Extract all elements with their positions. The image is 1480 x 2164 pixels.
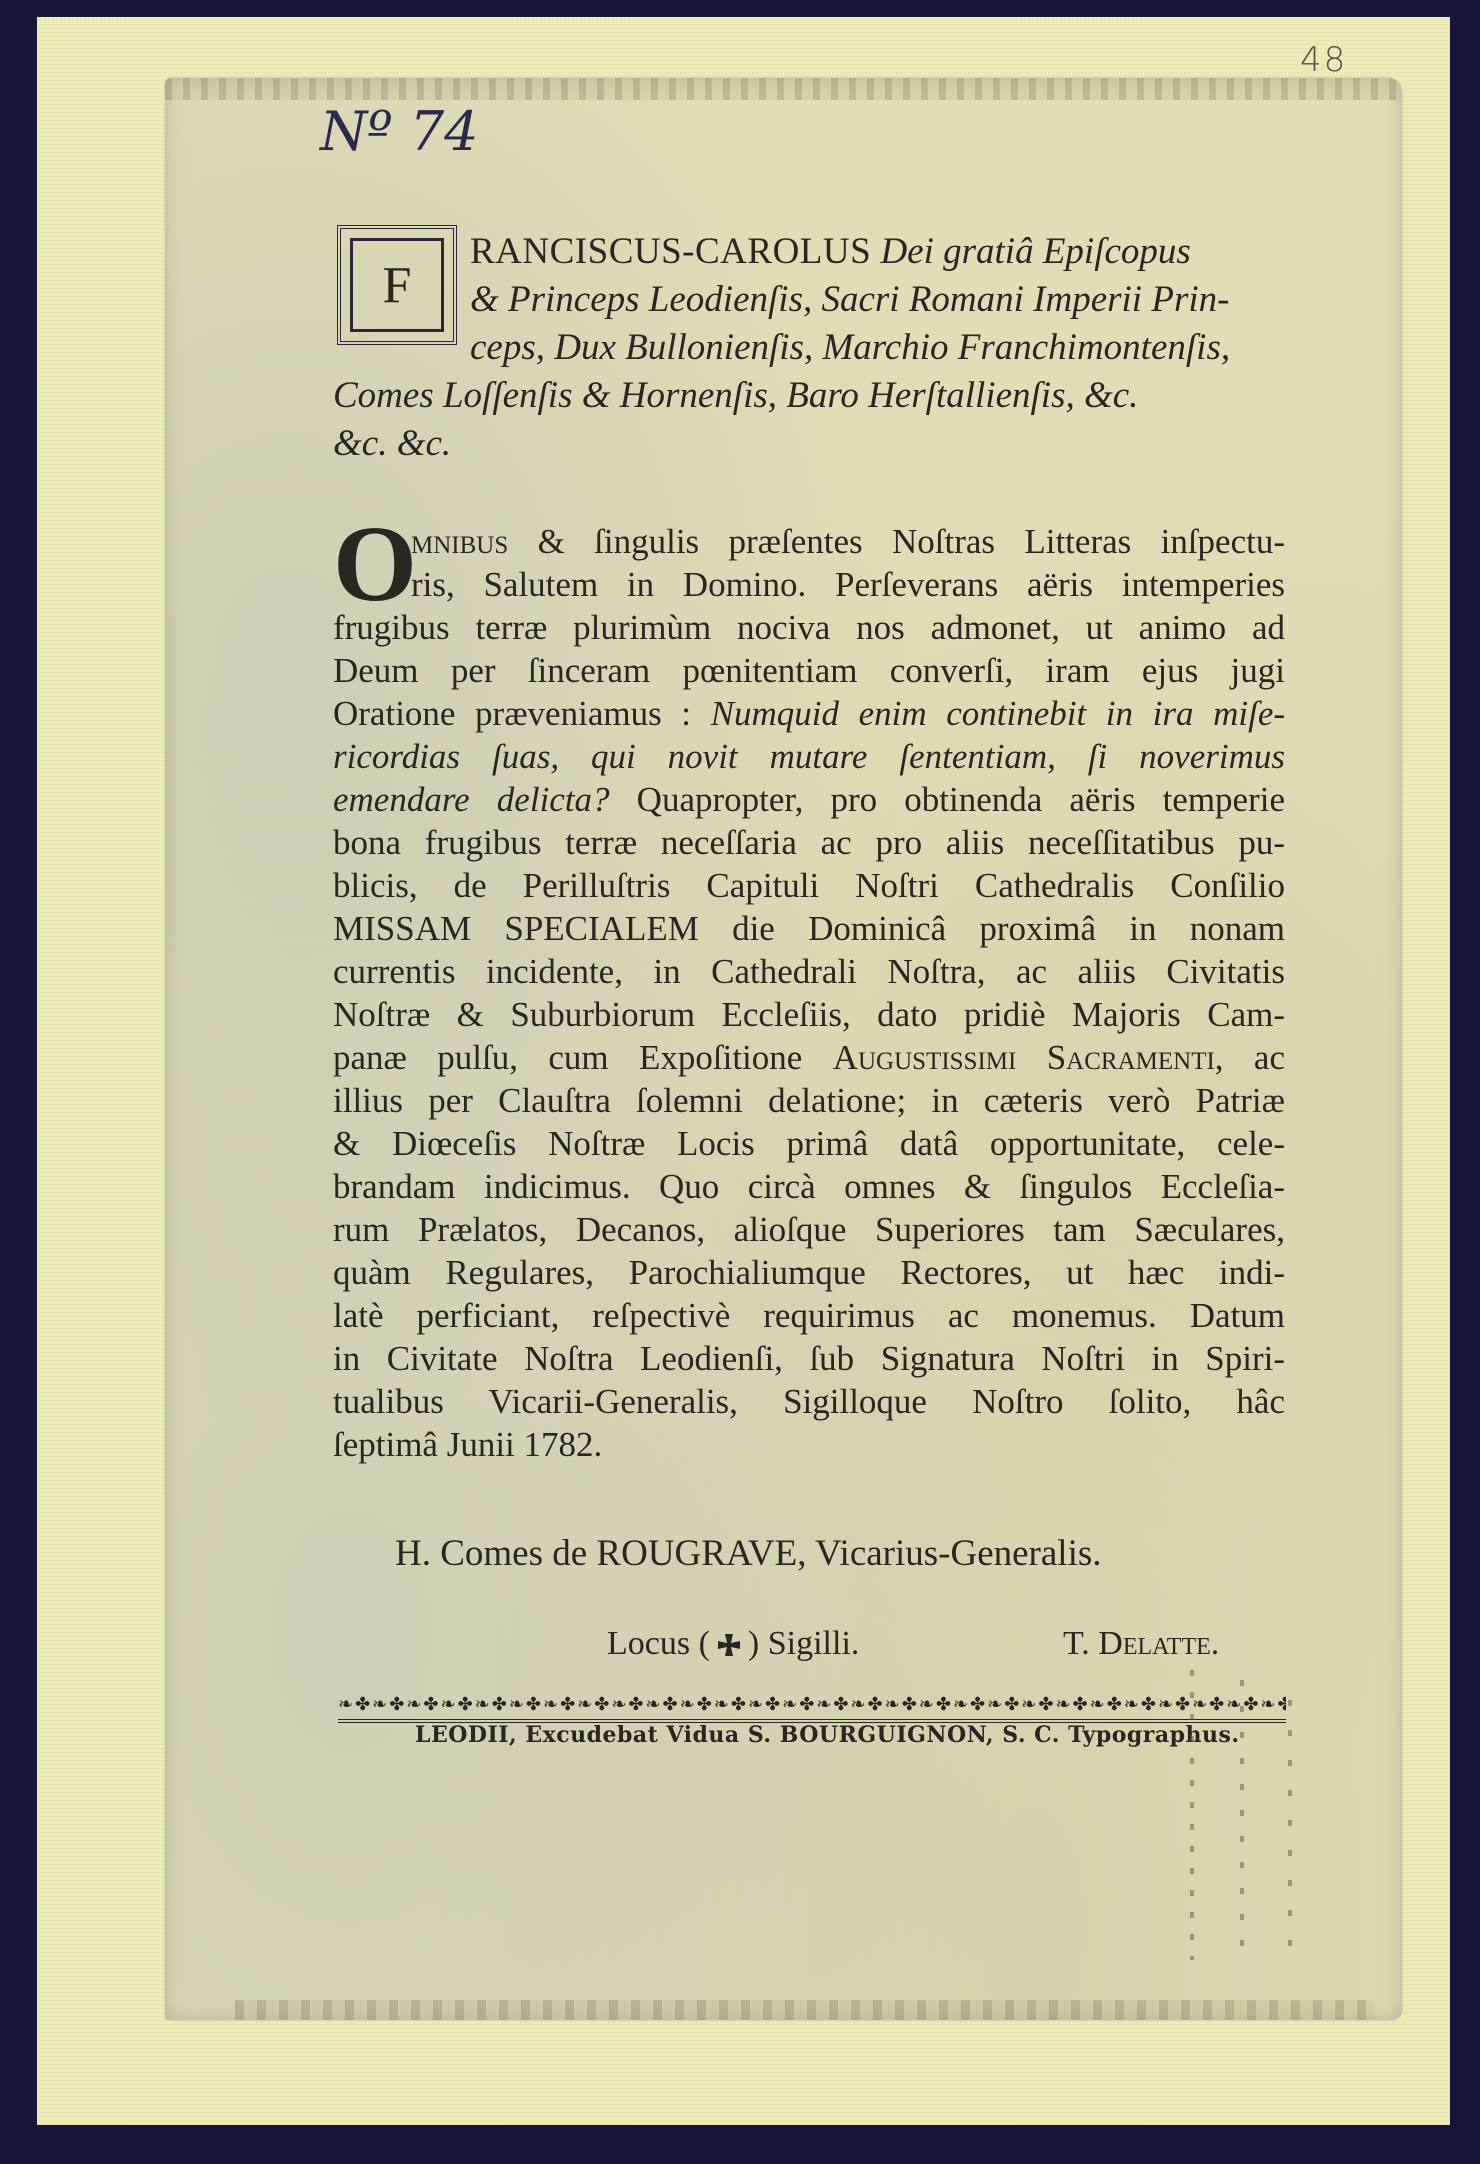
body-line: in Civitate Noſtra Leodienſi, ſub Signat…: [333, 1337, 1285, 1380]
body-line: latè perficiant, reſpectivè requirimus a…: [333, 1294, 1285, 1337]
body-line: tualibus Vicarii-Generalis, Sigilloque N…: [333, 1380, 1285, 1423]
body-line: rum Prælatos, Decanos, alioſque Superior…: [333, 1208, 1285, 1251]
body-line: blicis, de Perilluſtris Capituli Noſtri …: [333, 864, 1285, 907]
heading-line: RANCISCUS-CAROLUS Dei gratiâ Epiſcopus: [333, 228, 1293, 276]
body-line: Deum per ſinceram pœnitentiam converſi, …: [333, 649, 1285, 692]
body-line: illius per Clauſtra ſolemni delatione; i…: [333, 1079, 1285, 1122]
heading-line: & Princeps Leodienſis, Sacri Romani Impe…: [333, 276, 1293, 324]
seal-place: Locus () Sigilli.: [607, 1625, 859, 1663]
torn-edge-bottom: [235, 2000, 1375, 2020]
body-line: Oratione præveniamus : Numquid enim cont…: [333, 692, 1285, 735]
printers-ornament-rule: ❧✤❧✤❧✤❧✤❧✤❧✤❧✤❧✤❧✤❧✤❧✤❧✤❧✤❧✤❧✤❧✤❧✤❧✤❧✤❧✤…: [338, 1693, 1286, 1723]
heading-line: Comes Loſſenſis & Hornenſis, Baro Herſta…: [333, 372, 1293, 420]
cross-pattee-icon: [712, 1629, 746, 1663]
body-line: currentis incidente, in Cathedrali Noſtr…: [333, 950, 1285, 993]
handwritten-number: Nº 74: [320, 100, 479, 163]
secretary-signature: T. Delatte.: [1063, 1625, 1219, 1663]
body-line: quàm Regulares, Parochialiumque Rectores…: [333, 1251, 1285, 1294]
heading-line: ceps, Dux Bullonienſis, Marchio Franchim…: [333, 324, 1293, 372]
torn-edge-top: [165, 78, 1402, 100]
body-line: bona frugibus terræ neceſſaria ac pro al…: [333, 821, 1285, 864]
heading-block: RANCISCUS-CAROLUS Dei gratiâ Epiſcopus &…: [333, 228, 1293, 468]
body-line: MISSAM SPECIALEM die Dominicâ proximâ in…: [333, 907, 1285, 950]
body-line: brandam indicimus. Quo circà omnes & ſin…: [333, 1165, 1285, 1208]
body-line: panæ pulſu, cum Expoſitione Augustissimi…: [333, 1036, 1285, 1079]
body-line: ricordias ſuas, qui novit mutare ſentent…: [333, 735, 1285, 778]
body-line: frugibus terræ plurimùm nociva nos admon…: [333, 606, 1285, 649]
heading-line: &c. &c.: [333, 420, 1293, 468]
body-line: emendare delicta? Quapropter, pro obtine…: [333, 778, 1285, 821]
folio-number: 48: [1300, 40, 1347, 80]
body-text: mnibus & ſingulis præſentes Noſtras Litt…: [333, 520, 1285, 1466]
body-line: ris, Salutem in Domino. Perſeverans aëri…: [333, 563, 1285, 606]
body-line: Noſtræ & Suburbiorum Eccleſiis, dato pri…: [333, 993, 1285, 1036]
vicar-general-signature: H. Comes de ROUGRAVE, Vicarius-Generalis…: [395, 1532, 1102, 1575]
body-line: & Diœceſis Noſtræ Locis primâ datâ oppor…: [333, 1122, 1285, 1165]
faded-marginal-handwriting: [1170, 1670, 1310, 1960]
body-line-date: ſeptimâ Junii 1782.: [333, 1423, 1285, 1466]
printer-imprint: LEODII, Excudebat Vidua S. BOURGUIGNON, …: [415, 1722, 1240, 1748]
body-line: mnibus & ſingulis præſentes Noſtras Litt…: [333, 520, 1285, 563]
